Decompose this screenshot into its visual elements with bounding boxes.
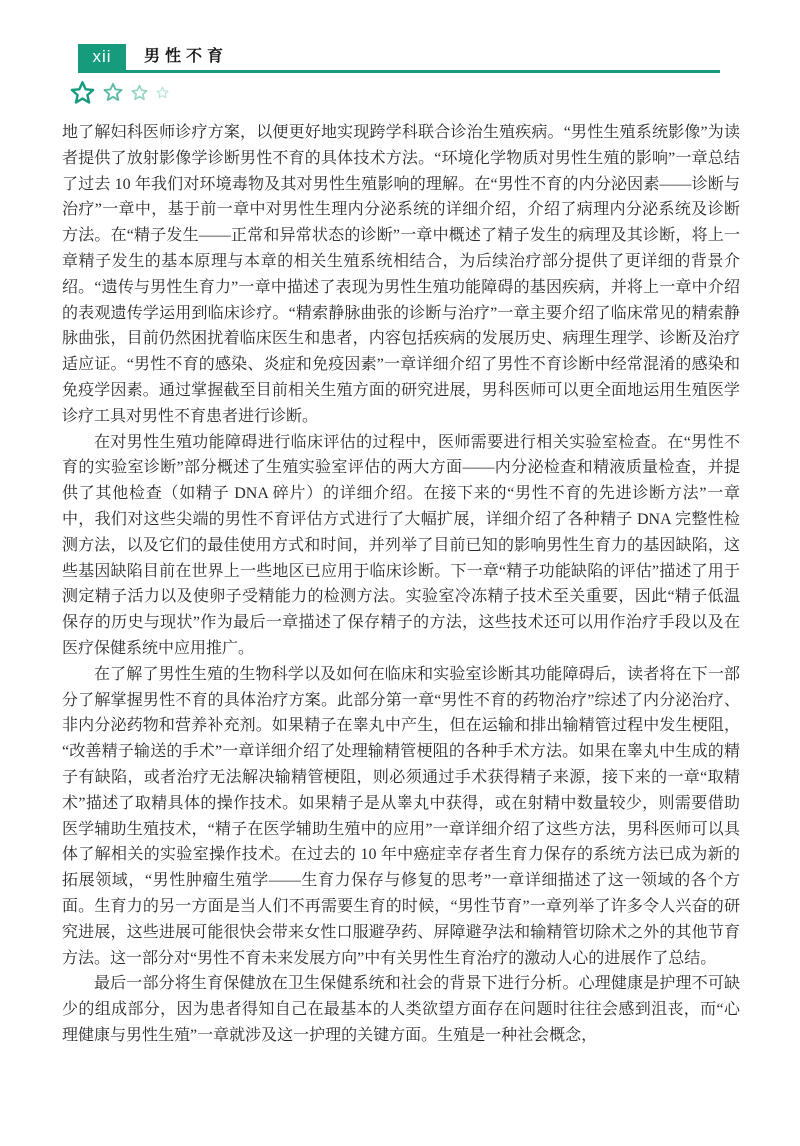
page-header: xii 男性不育	[78, 44, 720, 73]
star-outline-icon	[131, 84, 148, 101]
book-title: 男性不育	[144, 44, 228, 70]
rating-stars	[70, 76, 740, 108]
paragraph: 在了解了男性生殖的生物科学以及如何在临床和实验室诊断其功能障碍后，读者将在下一部…	[62, 662, 740, 972]
body-text: 地了解妇科医师诊疗方案，以便更好地实现跨学科联合诊治生殖疾病。“男性生殖系统影像…	[62, 120, 740, 1049]
book-page: xii 男性不育 地了解妇科医师诊疗方案，以便更好地实现跨学科联合诊治生殖疾病。…	[0, 0, 800, 1146]
star-outline-icon	[103, 82, 123, 102]
paragraph: 在对男性生殖功能障碍进行临床评估的过程中，医师需要进行相关实验室检查。在“男性不…	[62, 430, 740, 662]
paragraph: 地了解妇科医师诊疗方案，以便更好地实现跨学科联合诊治生殖疾病。“男性生殖系统影像…	[62, 120, 740, 430]
star-outline-icon	[156, 86, 169, 99]
paragraph: 最后一部分将生育保健放在卫生保健系统和社会的背景下进行分析。心理健康是护理不可缺…	[62, 971, 740, 1048]
star-outline-icon	[70, 80, 95, 105]
page-number-badge: xii	[78, 44, 126, 70]
